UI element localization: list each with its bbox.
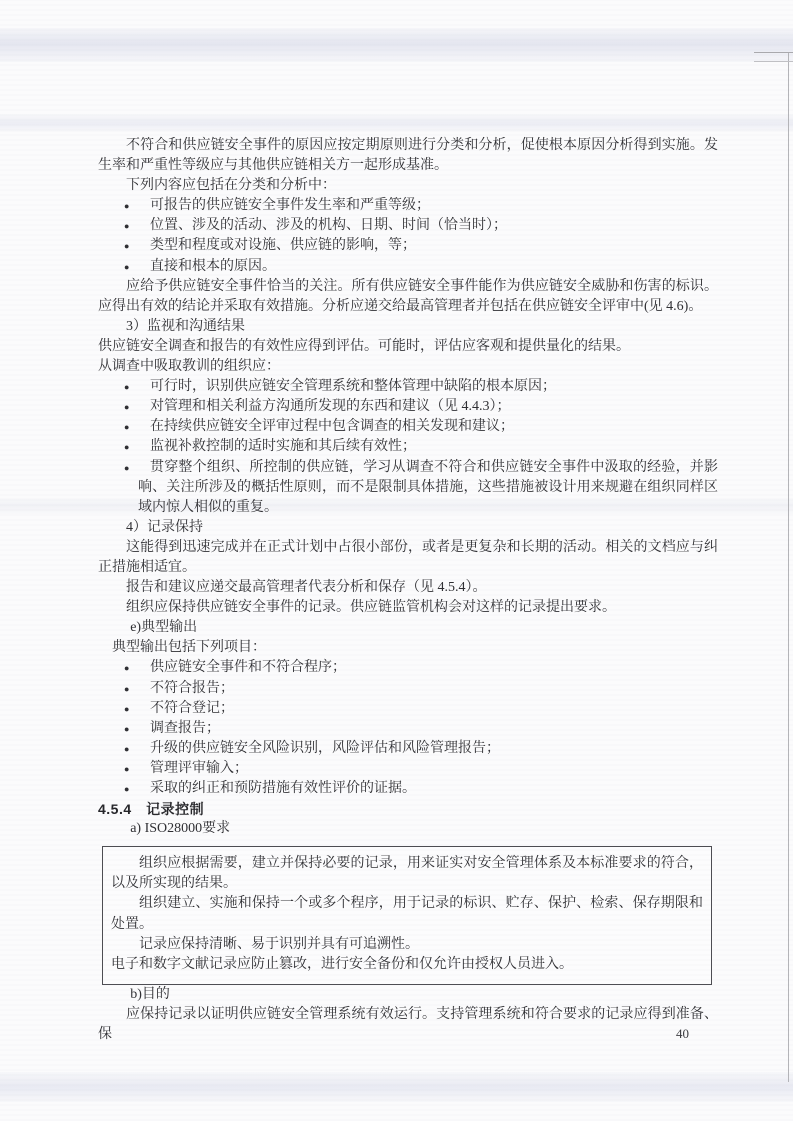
list-item-text: 对管理和相关利益方沟通所发现的东西和建议（见 4.4.3）； [150,399,511,414]
bullet-icon: ● [124,216,129,236]
list-item: ●调查报告； [98,719,718,739]
list-item-text: 监视补救控制的适时实施和其后续有效性； [150,439,416,454]
list-item-text: 供应链安全事件和不符合程序； [150,660,346,675]
paragraph: 应保持记录以证明供应链安全管理系统有效运行。支持管理系统和符合要求的记录应得到准… [98,1005,718,1045]
list-item: ●可报告的供应链安全事件发生率和严重等级； [98,196,718,216]
scan-artifact-band [0,1072,793,1102]
bullet-icon: ● [124,458,129,478]
list-item: ●类型和程度或对设施、供应链的影响，等； [98,236,718,256]
list-item: ●采取的纠正和预防措施有效性评价的证据。 [98,779,718,799]
subsection-heading: b)目的 [98,985,718,1005]
bullet-icon: ● [124,719,129,739]
list-item-text: 不符合登记； [150,701,234,716]
paragraph: 这能得到迅速完成并在正式计划中占很小部份，或者是更复杂和长期的活动。相关的文档应… [98,538,718,578]
list-item: ●可行时，识别供应链安全管理系统和整体管理中缺陷的根本原因； [98,377,718,397]
list-item-text: 直接和根本的原因。 [150,259,276,274]
bullet-icon: ● [124,257,129,277]
scan-artifact-band [0,114,793,132]
page-edge-line [788,52,789,1082]
box-paragraph: 记录应保持清晰、易于识别并具有可追溯性。 [111,935,703,955]
paragraph: 应给予供应链安全事件恰当的关注。所有供应链安全事件能作为供应链安全威胁和伤害的标… [98,277,718,317]
list-item-text: 类型和程度或对设施、供应链的影响，等； [150,238,416,253]
bullet-icon: ● [124,437,129,457]
list-item: ●监视补救控制的适时实施和其后续有效性； [98,437,718,457]
investigation-bullet-list: ●可行时，识别供应链安全管理系统和整体管理中缺陷的根本原因； ●对管理和相关利益… [98,377,718,518]
bullet-icon: ● [124,679,129,699]
list-item: ●管理评审输入； [98,759,718,779]
bullet-icon: ● [124,779,129,799]
list-item: ●不符合登记； [98,699,718,719]
subsection-heading: 4）记录保持 [98,518,718,538]
list-item-text: 管理评审输入； [150,761,248,776]
paragraph: 报告和建议应递交最高管理者代表分析和保存（见 4.5.4）。 [98,578,718,598]
requirement-text-box: 组织应根据需要，建立并保持必要的记录，用来证实对安全管理体系及本标准要求的符合，… [102,846,712,985]
paragraph: 供应链安全调查和报告的有效性应得到评估。可能时，评估应客观和提供量化的结果。 [98,337,718,357]
list-item-text: 升级的供应链安全风险识别，风险评估和风险管理报告； [150,741,500,756]
list-item-text: 贯穿整个组织、所控制的供应链，学习从调查不符合和供应链安全事件中汲取的经验，并影… [138,460,718,515]
bullet-icon: ● [124,196,129,216]
bullet-icon: ● [124,739,129,759]
list-item: ●位置、涉及的活动、涉及的机构、日期、时间（恰当时）； [98,216,718,236]
paragraph: 下列内容应包括在分类和分析中： [98,176,718,196]
list-item-text: 位置、涉及的活动、涉及的机构、日期、时间（恰当时）； [150,218,507,233]
scan-artifact-band [0,28,793,62]
list-item-text: 可行时，识别供应链安全管理系统和整体管理中缺陷的根本原因； [150,379,556,394]
list-item: ●在持续供应链安全评审过程中包含调查的相关发现和建议； [98,417,718,437]
paragraph: 组织应保持供应链安全事件的记录。供应链监管机构会对这样的记录提出要求。 [98,598,718,618]
bullet-icon: ● [124,699,129,719]
paragraph: 不符合和供应链安全事件的原因应按定期原则进行分类和分析，促使根本原因分析得到实施… [98,136,718,176]
subsection-heading: a) ISO28000要求 [98,819,718,839]
paragraph: 典型输出包括下列项目： [98,638,718,658]
list-item-text: 在持续供应链安全评审过程中包含调查的相关发现和建议； [150,419,514,434]
bullet-icon: ● [124,236,129,256]
page-edge-line [754,61,793,62]
list-item-text: 可报告的供应链安全事件发生率和严重等级； [150,198,430,213]
subsection-heading: e)典型输出 [98,618,718,638]
list-item: ●对管理和相关利益方沟通所发现的东西和建议（见 4.4.3）； [98,397,718,417]
list-item: ●贯穿整个组织、所控制的供应链，学习从调查不符合和供应链安全事件中汲取的经验，并… [98,458,718,518]
box-paragraph: 组织应根据需要，建立并保持必要的记录，用来证实对安全管理体系及本标准要求的符合，… [111,854,703,894]
list-item-text: 不符合报告； [150,681,234,696]
bullet-icon: ● [124,377,129,397]
bullet-icon: ● [124,759,129,779]
section-heading-4-5-4: 4.5.4 记录控制 [98,799,718,819]
typical-output-bullet-list: ●供应链安全事件和不符合程序； ●不符合报告； ●不符合登记； ●调查报告； ●… [98,658,718,799]
box-paragraph: 电子和数字文献记录应防止篡改，进行安全备份和仅允许由授权人员进入。 [111,955,703,975]
bullet-icon: ● [124,658,129,678]
list-item-text: 调查报告； [150,721,220,736]
page-content: 不符合和供应链安全事件的原因应按定期原则进行分类和分析，促使根本原因分析得到实施… [98,136,718,1045]
scanned-document-page: 不符合和供应链安全事件的原因应按定期原则进行分类和分析，促使根本原因分析得到实施… [0,0,793,1121]
classification-bullet-list: ●可报告的供应链安全事件发生率和严重等级； ●位置、涉及的活动、涉及的机构、日期… [98,196,718,276]
subsection-heading: 3）监视和沟通结果 [98,317,718,337]
page-edge-line [754,52,793,53]
box-paragraph: 组织建立、实施和保持一个或多个程序，用于记录的标识、贮存、保护、检索、保存期限和… [111,894,703,934]
list-item: ●直接和根本的原因。 [98,257,718,277]
list-item: ●不符合报告； [98,679,718,699]
paragraph: 从调查中吸取教训的组织应： [98,357,718,377]
list-item-text: 采取的纠正和预防措施有效性评价的证据。 [150,781,416,796]
list-item: ●供应链安全事件和不符合程序； [98,658,718,678]
bullet-icon: ● [124,417,129,437]
page-number: 40 [676,1026,689,1042]
bullet-icon: ● [124,397,129,417]
list-item: ●升级的供应链安全风险识别，风险评估和风险管理报告； [98,739,718,759]
